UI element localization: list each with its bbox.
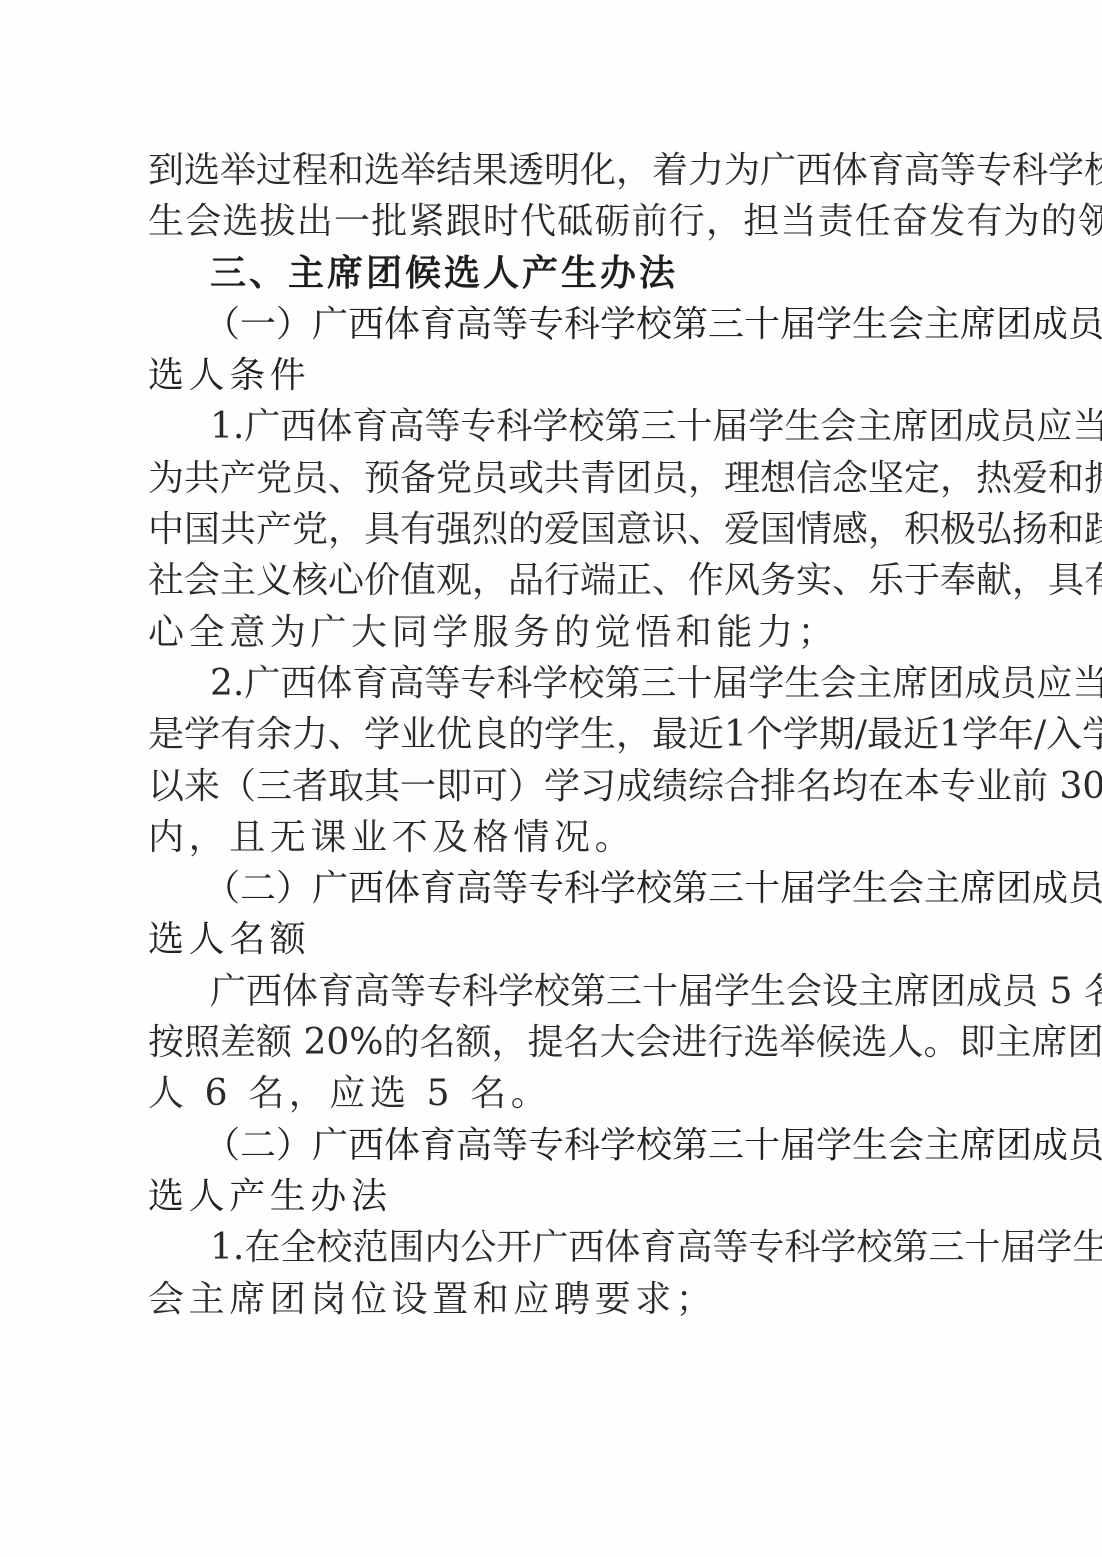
body-line: 2.广西体育高等专科学校第三十届学生会主席团成员应当 xyxy=(148,658,968,709)
sub-heading: 选人条件 xyxy=(148,350,968,401)
sub-heading: （二）广西体育高等专科学校第三十届学生会主席团成员候 xyxy=(148,1120,968,1171)
body-line: 生会选拔出一批紧跟时代砥砺前行，担当责任奋发有为的领导者。 xyxy=(148,196,968,247)
body-line: 社会主义核心价值观，品行端正、作风务实、乐于奉献，具有全 xyxy=(148,555,968,606)
body-line: 为共产党员、预备党员或共青团员，理想信念坚定，热爱和拥护 xyxy=(148,453,968,504)
body-line: 到选举过程和选举结果透明化，着力为广西体育高等专科学校学 xyxy=(148,145,968,196)
body-line: 会主席团岗位设置和应聘要求； xyxy=(148,1274,968,1325)
body-line: 内，且无课业不及格情况。 xyxy=(148,812,968,863)
body-line: 心全意为广大同学服务的觉悟和能力； xyxy=(148,607,968,658)
document-body: 到选举过程和选举结果透明化，着力为广西体育高等专科学校学 生会选拔出一批紧跟时代… xyxy=(148,145,968,1325)
body-line: 是学有余力、学业优良的学生，最近1个学期/最近1学年/入学 xyxy=(148,709,968,760)
document-page: 到选举过程和选举结果透明化，着力为广西体育高等专科学校学 生会选拔出一批紧跟时代… xyxy=(0,0,1102,1557)
body-line: 按照差额 20%的名额，提名大会进行选举候选人。即主席团候选 xyxy=(148,1017,968,1068)
sub-heading: 选人产生办法 xyxy=(148,1171,968,1222)
body-line: 广西体育高等专科学校第三十届学生会设主席团成员 5 名。 xyxy=(148,966,968,1017)
body-line: 1.在全校范围内公开广西体育高等专科学校第三十届学生 xyxy=(148,1222,968,1273)
sub-heading: （一）广西体育高等专科学校第三十届学生会主席团成员候 xyxy=(148,299,968,350)
section-heading: 三、主席团候选人产生办法 xyxy=(148,248,968,299)
body-line: 1.广西体育高等专科学校第三十届学生会主席团成员应当 xyxy=(148,401,968,452)
body-line: 以来（三者取其一即可）学习成绩综合排名均在本专业前 30%以 xyxy=(148,761,968,812)
sub-heading: （二）广西体育高等专科学校第三十届学生会主席团成员候 xyxy=(148,863,968,914)
body-line: 中国共产党，具有强烈的爱国意识、爱国情感，积极弘扬和践行 xyxy=(148,504,968,555)
sub-heading: 选人名额 xyxy=(148,914,968,965)
body-line: 人 6 名，应选 5 名。 xyxy=(148,1068,968,1119)
